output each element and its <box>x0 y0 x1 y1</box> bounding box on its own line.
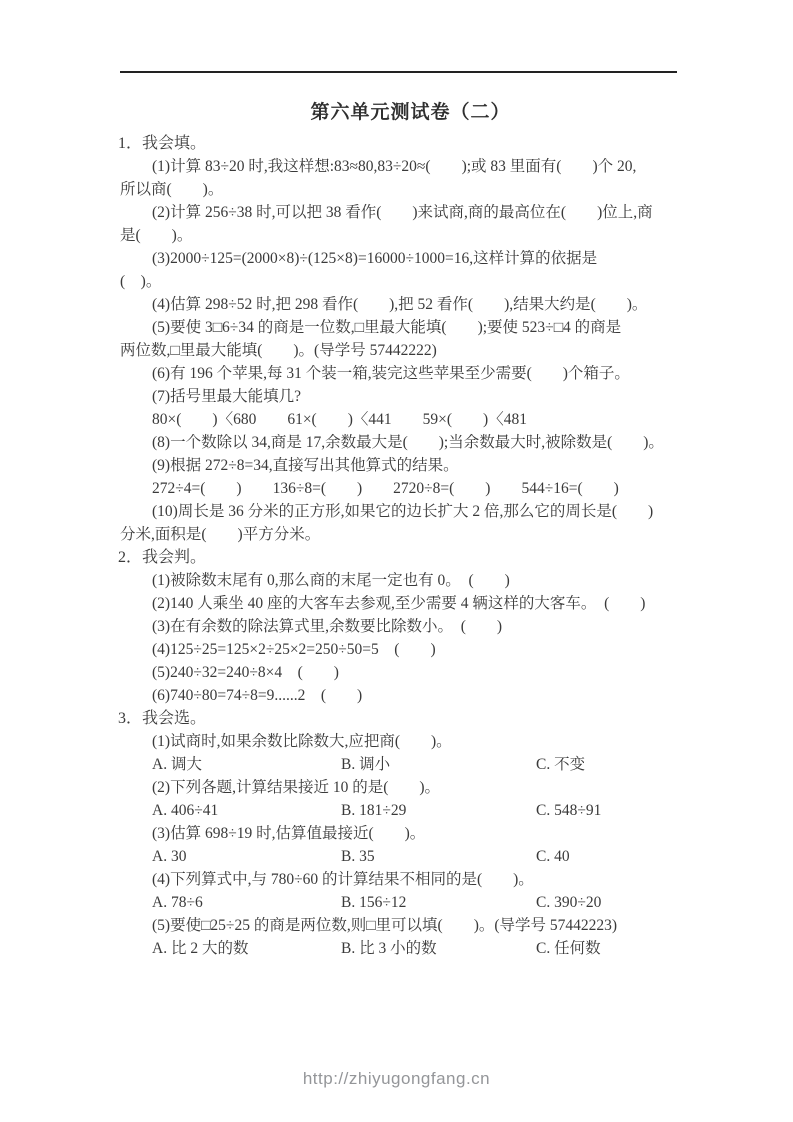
choice-b: B. 35 <box>341 845 536 868</box>
fill-blank-equation-row: 80×( )〈680 61×( )〈441 59×( )〈481 <box>0 408 793 431</box>
choice-c: C. 任何数 <box>536 937 601 960</box>
choice-b: B. 调小 <box>341 753 536 776</box>
question-line: (7)括号里最大能填几? <box>0 385 793 408</box>
judge-line: (5)240÷32=240÷8×4 ( ) <box>0 661 793 684</box>
question-line: (6)有 196 个苹果,每 31 个装一箱,装完这些苹果至少需要( )个箱子。 <box>0 362 793 385</box>
choice-a: A. 30 <box>152 845 341 868</box>
section-2-heading: 2．我会判。 <box>0 546 793 569</box>
question-line: (4)估算 298÷52 时,把 298 看作( ),把 52 看作( ),结果… <box>0 293 793 316</box>
question-line: ( )。 <box>0 270 793 293</box>
test-paper-page: 第六单元测试卷（二） 1．我会填。 (1)计算 83÷20 时,我这样想:83≈… <box>0 0 793 1122</box>
choice-question-line: (3)估算 698÷19 时,估算值最接近( )。 <box>0 822 793 845</box>
header-rule <box>120 71 677 73</box>
judge-line: (4)125÷25=125×2÷25×2=250÷50=5 ( ) <box>0 638 793 661</box>
section-3-heading: 3．我会选。 <box>0 707 793 730</box>
choice-row: A. 78÷6B. 156÷12C. 390÷20 <box>0 891 793 914</box>
question-line: 是( )。 <box>0 224 793 247</box>
choice-question-line: (1)试商时,如果余数比除数大,应把商( )。 <box>0 730 793 753</box>
question-line: (10)周长是 36 分米的正方形,如果它的边长扩大 2 倍,那么它的周长是( … <box>0 500 793 523</box>
judge-line: (1)被除数末尾有 0,那么商的末尾一定也有 0。 ( ) <box>0 569 793 592</box>
watermark-url: http://zhiyugongfang.cn <box>0 1069 793 1089</box>
choice-c: C. 390÷20 <box>536 891 601 914</box>
judge-line: (3)在有余数的除法算式里,余数要比除数小。 ( ) <box>0 615 793 638</box>
choice-a: A. 调大 <box>152 753 341 776</box>
choice-a: A. 78÷6 <box>152 891 341 914</box>
fill-blank-equation-row: 272÷4=( ) 136÷8=( ) 2720÷8=( ) 544÷16=( … <box>0 477 793 500</box>
choice-c: C. 548÷91 <box>536 799 601 822</box>
choice-a: A. 比 2 大的数 <box>152 937 341 960</box>
choice-b: B. 156÷12 <box>341 891 536 914</box>
choice-question-line: (4)下列算式中,与 780÷60 的计算结果不相同的是( )。 <box>0 868 793 891</box>
choice-row: A. 比 2 大的数B. 比 3 小的数C. 任何数 <box>0 937 793 960</box>
choice-row: A. 30B. 35C. 40 <box>0 845 793 868</box>
choice-c: C. 40 <box>536 845 570 868</box>
choice-row: A. 406÷41B. 181÷29C. 548÷91 <box>0 799 793 822</box>
choice-b: B. 比 3 小的数 <box>341 937 536 960</box>
choice-question-line: (5)要使□25÷25 的商是两位数,则□里可以填( )。(导学号 574422… <box>0 914 793 937</box>
judge-line: (2)140 人乘坐 40 座的大客车去参观,至少需要 4 辆这样的大客车。 (… <box>0 592 793 615</box>
question-line: 分米,面积是( )平方分米。 <box>0 523 793 546</box>
choice-question-line: (2)下列各题,计算结果接近 10 的是( )。 <box>0 776 793 799</box>
question-line: (8)一个数除以 34,商是 17,余数最大是( );当余数最大时,被除数是( … <box>0 431 793 454</box>
choice-row: A. 调大B. 调小C. 不变 <box>0 753 793 776</box>
question-line: 所以商( )。 <box>0 178 793 201</box>
page-title: 第六单元测试卷（二） <box>14 97 793 124</box>
choice-a: A. 406÷41 <box>152 799 341 822</box>
question-line: 两位数,□里最大能填( )。(导学号 57442222) <box>0 339 793 362</box>
judge-line: (6)740÷80=74÷8=9......2 ( ) <box>0 684 793 707</box>
question-line: (5)要使 3□6÷34 的商是一位数,□里最大能填( );要使 523÷□4 … <box>0 316 793 339</box>
question-line: (3)2000÷125=(2000×8)÷(125×8)=16000÷1000=… <box>0 247 793 270</box>
choice-c: C. 不变 <box>536 753 585 776</box>
question-line: (1)计算 83÷20 时,我这样想:83≈80,83÷20≈( );或 83 … <box>0 155 793 178</box>
document-body: 1．我会填。 (1)计算 83÷20 时,我这样想:83≈80,83÷20≈( … <box>0 132 793 960</box>
question-line: (2)计算 256÷38 时,可以把 38 看作( )来试商,商的最高位在( )… <box>0 201 793 224</box>
section-1-heading: 1．我会填。 <box>0 132 793 155</box>
question-line: (9)根据 272÷8=34,直接写出其他算式的结果。 <box>0 454 793 477</box>
choice-b: B. 181÷29 <box>341 799 536 822</box>
